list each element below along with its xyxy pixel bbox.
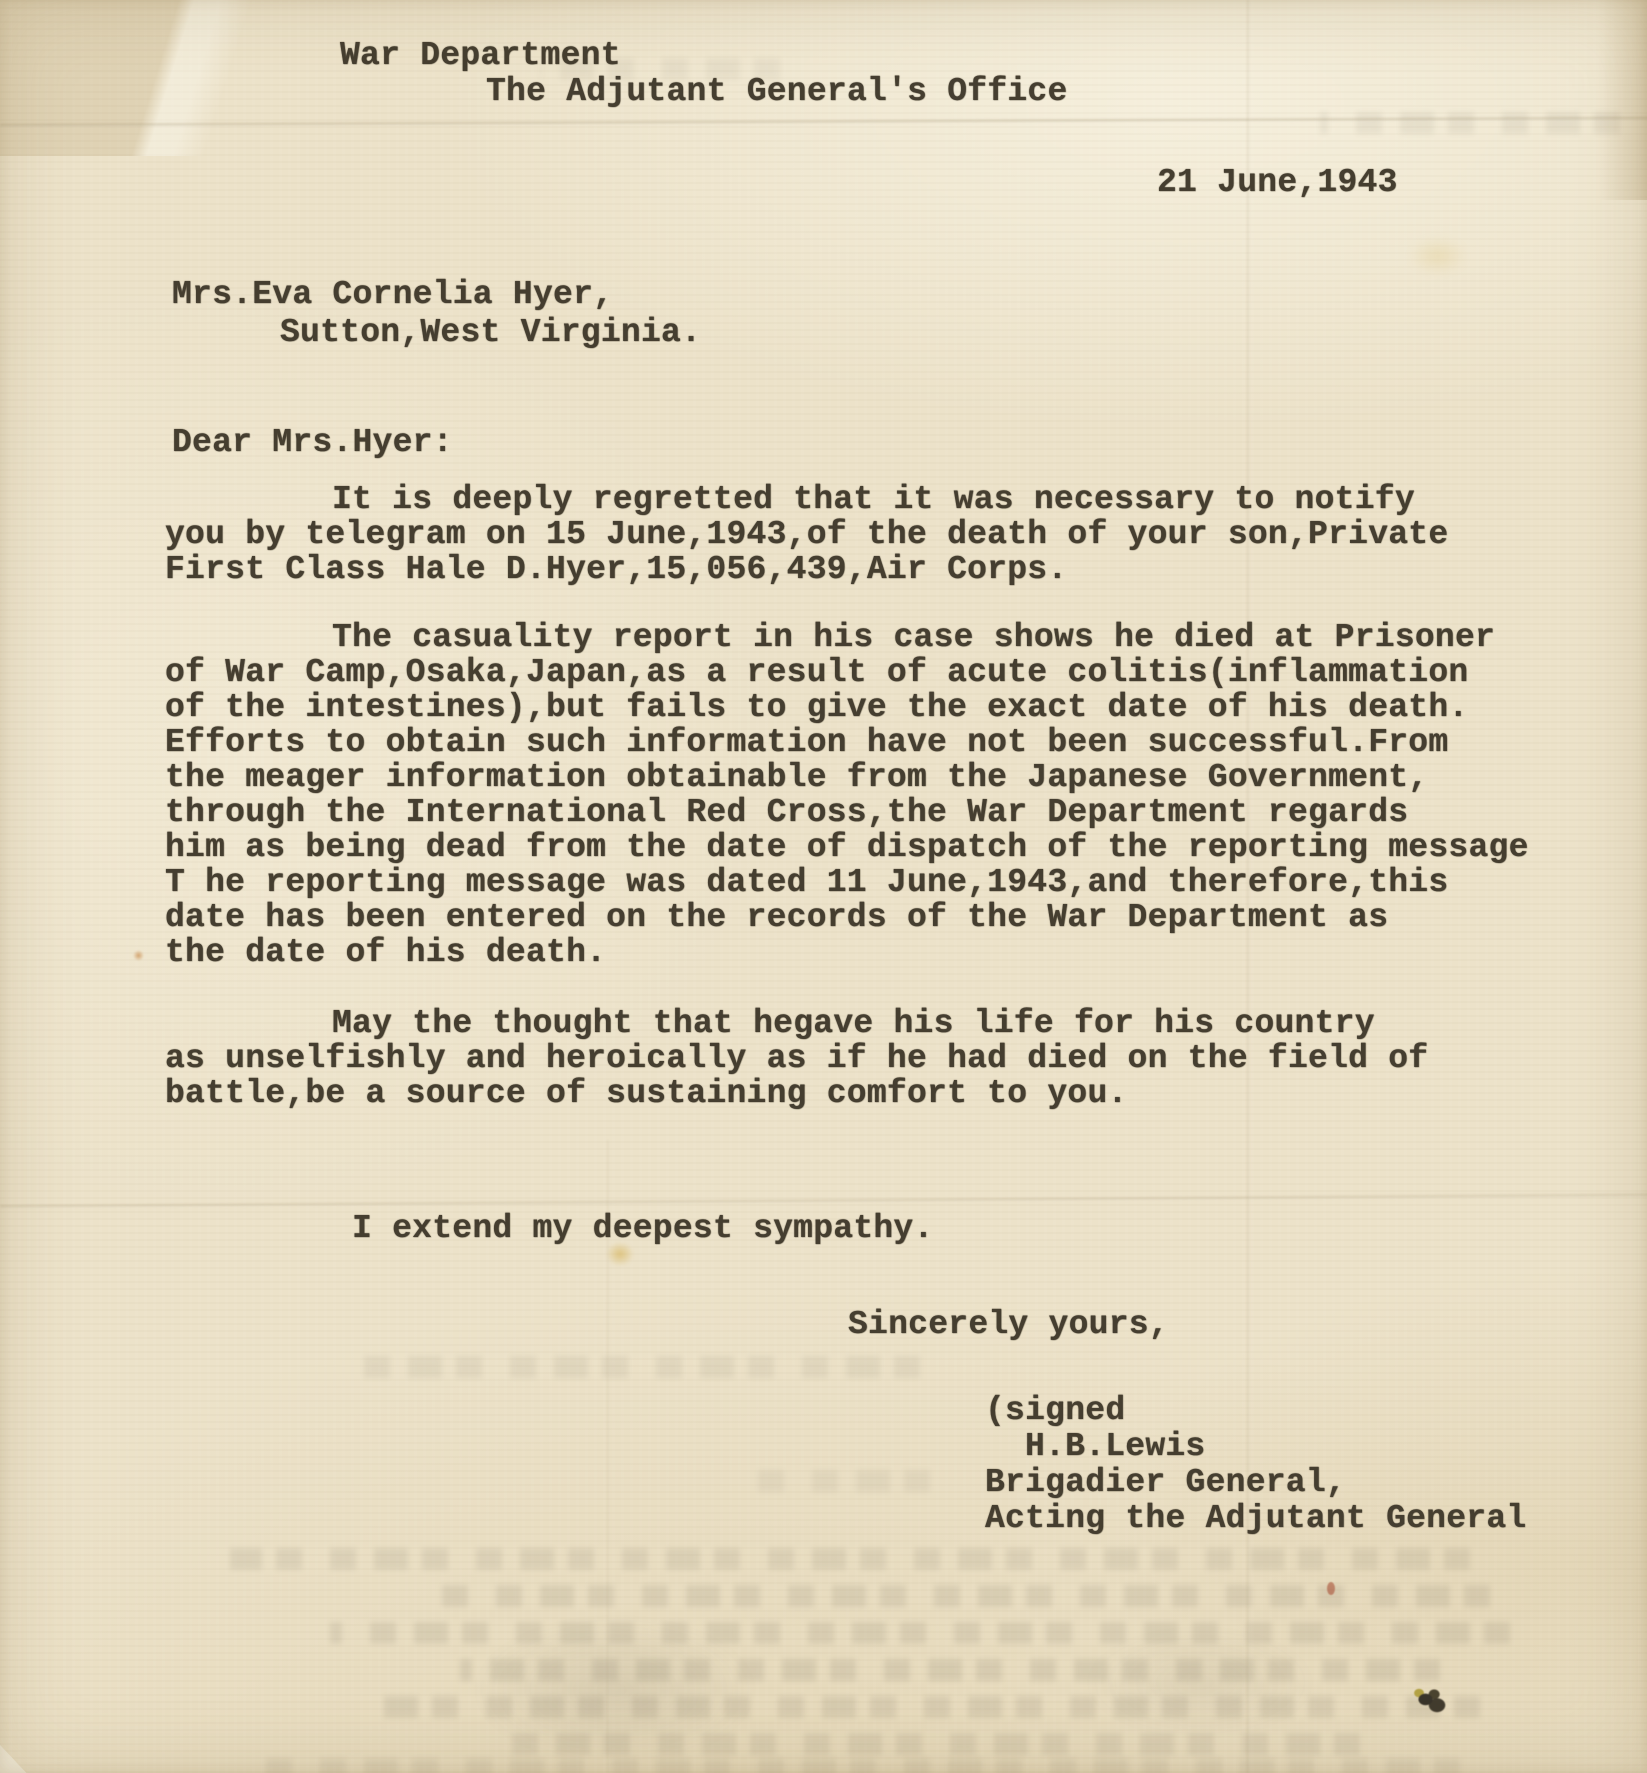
address-line: Mrs.Eva Cornelia Hyer, [172, 278, 613, 311]
paragraph-2-line: of War Camp,Osaka,Japan,as a result of a… [165, 656, 1468, 689]
closing-line: Sincerely yours, [848, 1308, 1169, 1341]
header-line: The Adjutant General's Office [486, 75, 1068, 108]
paragraph-3-line: battle,be a source of sustaining comfort… [165, 1077, 1128, 1110]
paragraph-1-line: First Class Hale D.Hyer,15,056,439,Air C… [165, 553, 1067, 586]
paragraph-2-line: the meager information obtainable from t… [165, 761, 1428, 794]
paragraph-3-line: as unselfishly and heroically as if he h… [165, 1042, 1428, 1075]
signature-line: (signed [985, 1394, 1125, 1427]
salutation-line: Dear Mrs.Hyer: [172, 426, 453, 459]
address-line: Sutton,West Virginia. [280, 316, 701, 349]
typewritten-text-layer: War DepartmentThe Adjutant General's Off… [0, 0, 1647, 1773]
paragraph-1-line: It is deeply regretted that it was neces… [332, 483, 1415, 516]
paragraph-2-line: Efforts to obtain such information have … [165, 726, 1448, 759]
sympathy-line: I extend my deepest sympathy. [352, 1212, 934, 1245]
header-line: War Department [340, 39, 621, 72]
paragraph-2-line: The casuality report in his case shows h… [332, 621, 1495, 654]
paragraph-2-line: him as being dead from the date of dispa… [165, 831, 1529, 864]
paragraph-2-line: of the intestines),but fails to give the… [165, 691, 1468, 724]
paragraph-2-line: through the International Red Cross,the … [165, 796, 1408, 829]
signature-line: Acting the Adjutant General [985, 1502, 1526, 1535]
paragraph-1-line: you by telegram on 15 June,1943,of the d… [165, 518, 1448, 551]
date-line: 21 June,1943 [1157, 166, 1398, 199]
paragraph-2-line: date has been entered on the records of … [165, 901, 1388, 934]
letter-page: War DepartmentThe Adjutant General's Off… [0, 0, 1647, 1773]
paragraph-3-line: May the thought that hegave his life for… [332, 1007, 1375, 1040]
paragraph-2-line: the date of his death. [165, 936, 606, 969]
signature-line: H.B.Lewis [1025, 1430, 1205, 1463]
paragraph-2-line: T he reporting message was dated 11 June… [165, 866, 1448, 899]
signature-line: Brigadier General, [985, 1466, 1346, 1499]
